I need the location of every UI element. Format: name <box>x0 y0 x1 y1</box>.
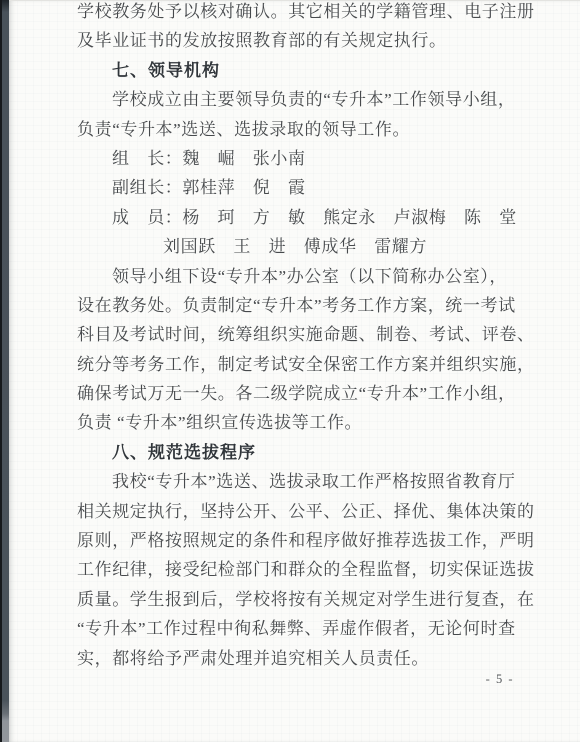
section-heading-8: 八、规范选拔程序 <box>77 438 517 467</box>
text-line: 及毕业证书的发放按照教育部的有关规定执行。 <box>77 26 517 55</box>
text-line: 科目及考试时间，统筹组织实施命题、制卷、考试、评卷、 <box>77 320 517 349</box>
text-line: 相关规定执行，坚持公开、公平、公正、择优、集体决策的 <box>77 497 517 526</box>
text-line: “专升本”工作过程中徇私舞弊、弄虚作假者，无论何时查 <box>77 614 517 643</box>
text-line: 我校“专升本”选送、选拔录取工作严格按照省教育厅 <box>77 467 517 496</box>
scanned-document-view: 学校教务处予以核对确认。其它相关的学籍管理、电子注册 及毕业证书的发放按照教育部… <box>0 0 580 742</box>
text-line: 工作纪律，接受纪检部门和群众的全程监督，切实保证选拔 <box>77 555 517 584</box>
text-line: 原则，严格按照规定的条件和程序做好推荐选拔工作，严明 <box>77 526 517 555</box>
document-page: 学校教务处予以核对确认。其它相关的学籍管理、电子注册 及毕业证书的发放按照教育部… <box>9 0 580 742</box>
document-text-block: 学校教务处予以核对确认。其它相关的学籍管理、电子注册 及毕业证书的发放按照教育部… <box>77 0 517 673</box>
text-line-deputy-leader: 副组长：郭桂萍 倪 霞 <box>77 173 517 202</box>
text-line-members-cont: 刘国跃 王 进 傅成华 雷耀方 <box>77 232 517 261</box>
text-line: 学校教务处予以核对确认。其它相关的学籍管理、电子注册 <box>77 0 517 26</box>
text-line: 实，都将给予严肃处理并追究相关人员责任。 <box>77 644 517 673</box>
text-line: 质量。学生报到后，学校将按有关规定对学生进行复查，在 <box>77 585 517 614</box>
section-heading-7: 七、领导机构 <box>77 56 517 85</box>
page-left-spine-shadow <box>0 0 9 742</box>
text-line-members: 成 员：杨 珂 方 敏 熊定永 卢淑梅 陈 堂 <box>77 203 517 232</box>
text-line: 负责 “专升本”组织宣传选拔等工作。 <box>77 408 517 437</box>
text-line-group-leader: 组 长：魏 崛 张小南 <box>77 144 517 173</box>
text-line: 领导小组下设“专升本”办公室（以下简称办公室）， <box>77 262 517 291</box>
text-line: 负责“专升本”选送、选拔录取的领导工作。 <box>77 115 517 144</box>
text-line: 统分等考务工作，制定考试安全保密工作方案并组织实施， <box>77 350 517 379</box>
text-line: 确保考试万无一失。各二级学院成立“专升本”工作小组， <box>77 379 517 408</box>
text-line: 设在教务处。负责制定“专升本”考务工作方案，统一考试 <box>77 291 517 320</box>
page-number: - 5 - <box>486 672 514 687</box>
text-line: 学校成立由主要领导负责的“专升本”工作领导小组， <box>77 85 517 114</box>
